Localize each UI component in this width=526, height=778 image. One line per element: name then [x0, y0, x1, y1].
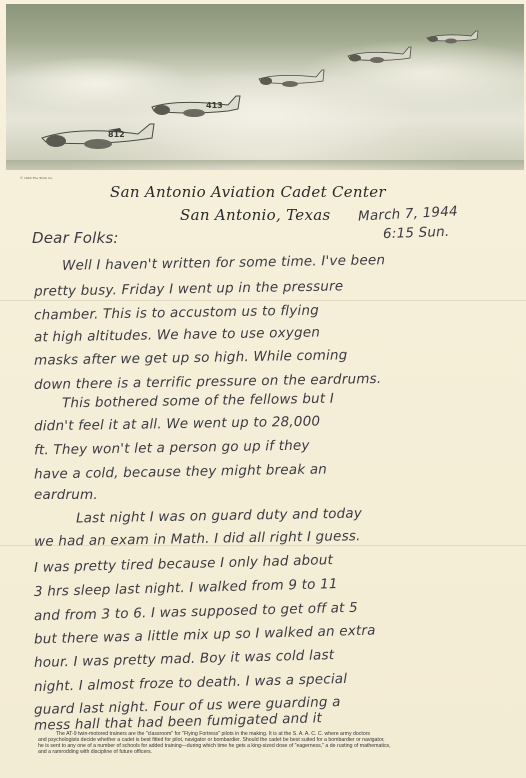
letter-line: 3 hrs sleep last night. I walked from 9 …: [34, 576, 338, 600]
letter-line: masks after we get up so high. While com…: [34, 347, 348, 368]
plane-icon: [256, 68, 326, 90]
caption-line: and a ramrodding with discipline of futu…: [38, 749, 508, 755]
letter-line: hour. I was pretty mad. Boy it was cold …: [34, 647, 335, 671]
plane-number: 812: [108, 130, 125, 139]
letter-line: Well I haven't written for some time. I'…: [62, 252, 385, 274]
letter-line: Last night I was on guard duty and today: [76, 506, 362, 527]
letter-line: night. I almost froze to death. I was a …: [34, 671, 348, 695]
plane-icon: [345, 46, 415, 66]
letter-line: we had an exam in Math. I did all right …: [34, 528, 361, 550]
letter-line: at high altitudes. We have to use oxygen: [34, 325, 320, 346]
letter-line: pretty busy. Friday I went up in the pre…: [34, 278, 344, 299]
plane-number: 413: [206, 101, 223, 110]
letterhead-title: San Antonio Aviation Cadet Center: [110, 183, 386, 201]
letter-line: eardrum.: [34, 487, 98, 503]
letter-line: have a cold, because they might break an: [34, 461, 327, 482]
letter-line: ft. They won't let a person go up if the…: [34, 438, 310, 459]
letter-line: but there was a little mix up so I walke…: [34, 623, 376, 648]
letter-date: March 7, 1944: [358, 203, 459, 224]
plane-icon: [425, 30, 481, 46]
letter-paper: 812 413 © 1943 The Tomb Co. San Antonio: [0, 0, 526, 778]
plane-icon: 413: [148, 93, 243, 121]
letter-time: 6:15 Sun.: [383, 224, 450, 242]
letter-line: didn't feel it at all. We went up to 28,…: [34, 414, 320, 435]
banner-caption: The AT-9 twin-motored trainers are the "…: [38, 731, 508, 755]
letter-line: and from 3 to 6. I was supposed to get o…: [34, 600, 358, 624]
plane-icon: 812: [38, 118, 158, 154]
letter-line: I was pretty tired because I only had ab…: [34, 552, 333, 576]
banner-edge: [6, 160, 524, 170]
letterhead-location: San Antonio, Texas: [180, 206, 330, 224]
paper-fold: [0, 300, 526, 301]
letter-line: This bothered some of the fellows but I: [62, 391, 334, 412]
salutation: Dear Folks:: [32, 229, 119, 247]
letter-line: chamber. This is to accustom us to flyin…: [34, 303, 319, 324]
copyright-text: © 1943 The Tomb Co.: [20, 176, 53, 180]
